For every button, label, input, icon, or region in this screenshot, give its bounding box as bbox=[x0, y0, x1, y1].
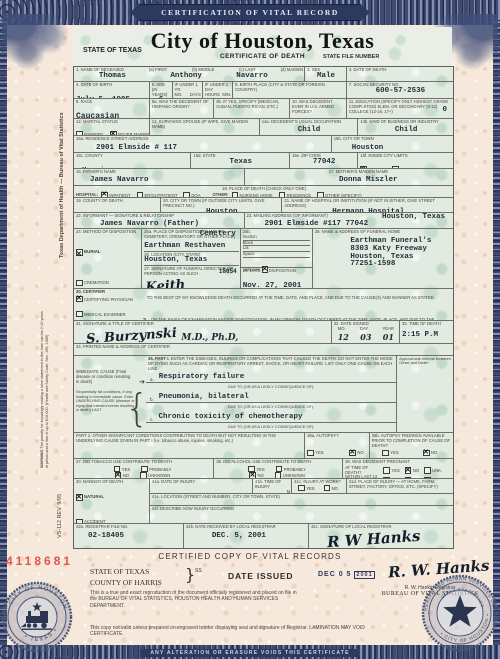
certified-copy-title: CERTIFIED COPY OF VITAL RECORDS bbox=[0, 552, 500, 561]
injury-section: 41a. DATE OF INJURY 41b. TIME OF INJURYM… bbox=[150, 479, 453, 523]
occupation-value: Child bbox=[262, 127, 357, 135]
informant-value: James Navarro (Father) bbox=[100, 221, 243, 228]
form-revision-label: VS-112 REV. 9/95 bbox=[57, 494, 63, 538]
ssn-value: 600-57-2536 bbox=[349, 88, 452, 96]
education-value: 0 bbox=[442, 107, 447, 115]
er-outpatient-checkbox bbox=[137, 192, 144, 197]
field-certifier: 30. CERTIFIER CERTIFYING PHYSICIAN TO TH… bbox=[74, 289, 453, 320]
sex-value: Male bbox=[307, 73, 345, 81]
field-under-one-day: IF UNDER 1 DAY HOURSMIN. bbox=[203, 82, 233, 98]
validity-text: This copy not valid unless prepared on e… bbox=[90, 625, 390, 638]
field-marital-status: 12. MARITAL STATUS MARRIED WIDOWED NEVER… bbox=[74, 119, 150, 135]
certifier-title: M.D., Ph.D, bbox=[181, 333, 238, 343]
pregnant-death-no-checkbox bbox=[405, 467, 412, 474]
father-name-value: James Navarro bbox=[90, 177, 243, 185]
natural-checkbox bbox=[76, 494, 83, 501]
field-informant: 22. INFORMANT — SIGNATURE & RELATIONSHIP… bbox=[74, 213, 245, 228]
immediate-cause-arrow: ➔ bbox=[139, 378, 145, 386]
field-injury-description: 41f. DESCRIBE HOW INJURY OCCURRED bbox=[150, 506, 453, 523]
findings-yes-checkbox bbox=[382, 450, 389, 457]
injury-work-yes-checkbox bbox=[298, 485, 305, 492]
field-inside-city-limits: 15f. INSIDE CITY LIMITS YES NO bbox=[358, 153, 453, 168]
row-residence: 15a. RESIDENCE STREET ADDRESS 2901 Elmsi… bbox=[74, 136, 453, 153]
dept-vertical-text: Texas Department of Health — Bureau of V… bbox=[59, 112, 65, 258]
row-disposition: 24. METHOD OF DISPOSITION BURIAL CREMATI… bbox=[74, 229, 453, 289]
date-of-disposition-value: Nov. 27, 2001 bbox=[243, 282, 302, 288]
row-marital-occupation: 12. MARITAL STATUS MARRIED WIDOWED NEVER… bbox=[74, 119, 453, 136]
field-mother-maiden-name: 17. MOTHER'S MAIDEN NAME Donna Miszler bbox=[245, 169, 453, 185]
date-signed-month: 12 bbox=[338, 332, 349, 342]
interval-column: Approximate Interval Between Onset and D… bbox=[396, 356, 453, 432]
married-checkbox bbox=[76, 131, 83, 135]
field-alcohol: 38. DID ALCOHOL USE CONTRIBUTE TO DEATH … bbox=[214, 459, 343, 478]
row-informant: 22. INFORMANT — SIGNATURE & RELATIONSHIP… bbox=[74, 213, 453, 229]
row-certifier: 30. CERTIFIER CERTIFYING PHYSICIAN TO TH… bbox=[74, 289, 453, 321]
field-sex: 2. SEX Male bbox=[305, 67, 347, 81]
field-autopsy-findings: 36b. AUTOPSY FINDINGS AVAILABLE PRIOR TO… bbox=[370, 433, 453, 458]
autopsy-no-checkbox bbox=[349, 450, 356, 457]
state-county-block: STATE OF TEXAS COUNTY OF HARRIS bbox=[90, 566, 162, 589]
certifier-signature: S. Burzynski bbox=[86, 326, 178, 343]
date-of-birth-value: July 5, 1995 bbox=[76, 96, 130, 98]
pregnant-12mo-no-checkbox bbox=[405, 477, 412, 478]
field-education: 11. EDUCATION (SPECIFY ONLY HIGHEST GRAD… bbox=[347, 99, 453, 118]
part2-label: PART 2. OTHER SIGNIFICANT CONDITIONS CON… bbox=[76, 434, 303, 444]
warning-body: The penalty for knowingly making a false… bbox=[40, 311, 49, 468]
field-hispanic-specify: 9b. IF YES, SPECIFY (MEXICAN, CUBAN, PUE… bbox=[214, 99, 290, 118]
field-place-of-injury: 41d. PLACE OF INJURY — AT HOME, FARM, ST… bbox=[347, 479, 453, 493]
row-birth-info: 4. DATE OF BIRTH July 5, 1995 5. AGE (IN… bbox=[74, 82, 453, 99]
residence-address-value: 2901 Elmside # 117 bbox=[96, 145, 330, 152]
date-signed-day: 03 bbox=[360, 332, 371, 342]
date-issued-stamp: DEC 0 5 2001 bbox=[318, 571, 375, 578]
pregnant-12mo-yes-checkbox bbox=[383, 477, 390, 478]
field-date-received: 42b. DATE RECEIVED BY LOCAL REGISTRAR DE… bbox=[184, 524, 309, 548]
autopsy-yes-checkbox bbox=[307, 450, 314, 457]
injury-work-no-checkbox bbox=[324, 485, 331, 492]
city-of-houston-seal: CITY OF HOUSTON • TEXAS • bbox=[0, 580, 74, 654]
nursing-home-checkbox bbox=[232, 192, 239, 197]
field-manner-of-death: 40. MANNER OF DEATH NATURAL ACCIDENT SUI… bbox=[74, 479, 150, 523]
serial-number: 4118681 bbox=[6, 554, 73, 568]
field-date-of-disposition: 29. DATE OF DISPOSITION Nov. 27, 2001 bbox=[241, 267, 312, 288]
residence-zip-value: 77042 bbox=[292, 159, 356, 167]
date-issued-label: DATE ISSUED bbox=[228, 571, 293, 581]
certification-banner: CERTIFICATION OF VITAL RECORD bbox=[130, 4, 370, 21]
field-city-of-death: 20. CITY OR TOWN (IF OUTSIDE CITY LIMITS… bbox=[161, 198, 282, 212]
field-residence-county: 15c. COUNTY Harris bbox=[74, 153, 191, 168]
warning-title: WARNING bbox=[40, 450, 44, 468]
field-business-industry: 14b. KIND OF BUSINESS OR INDUSTRY Child bbox=[358, 119, 453, 135]
row-registrar: 42a. REGISTRAR FILE NO. 02-18405 42b. DA… bbox=[74, 524, 453, 548]
middle-name-value: Anthony bbox=[149, 73, 224, 81]
field-residence-address: 15a. RESIDENCE STREET ADDRESS 2901 Elmsi… bbox=[74, 136, 332, 152]
ss-label: SS bbox=[195, 568, 202, 574]
attestation-text: This is a true and exact reproduction of… bbox=[90, 590, 300, 609]
cause-left-column: IMMEDIATE CAUSE (Final disease or condit… bbox=[74, 356, 146, 432]
pregnant-12mo-unk-checkbox bbox=[424, 477, 431, 478]
field-pregnant: 39. WAS DECEDENT PREGNANT AT TIME OF DEA… bbox=[343, 459, 453, 478]
row-certifier-signature: 31. SIGNATURE & TITLE OF CERTIFIER S. Bu… bbox=[74, 321, 453, 344]
never-married-checkbox bbox=[110, 131, 117, 135]
time-of-death-value: 2:15 P.M bbox=[402, 332, 452, 340]
inpatient-checkbox bbox=[101, 192, 108, 197]
footer-state: STATE OF TEXAS bbox=[90, 567, 149, 576]
field-time-of-death: 33. TIME OF DEATH 2:15 P.M bbox=[400, 321, 453, 343]
disposition-type-value: Cemetery bbox=[200, 231, 236, 239]
informant-address-line1: Houston, Texas bbox=[382, 214, 445, 222]
field-place-of-disposition: 25a. PLACE OF DISPOSITION (NAME OF CEMET… bbox=[142, 229, 241, 288]
funeral-home-line4: 77251-1598 bbox=[350, 261, 452, 269]
residence-checkbox bbox=[279, 192, 286, 197]
document-header: City of Houston, Texas STATE OF TEXAS CE… bbox=[73, 27, 452, 66]
field-residence-city: 15b. CITY OR TOWN Houston bbox=[332, 136, 453, 152]
registrar-file-no-value: 02-18405 bbox=[88, 533, 182, 541]
row-cause-of-death: IMMEDIATE CAUSE (Final disease or condit… bbox=[74, 356, 453, 433]
pregnant-death-unk-checkbox bbox=[424, 467, 431, 474]
field-hospital-name: 21. NAME OF HOSPITAL OR INSTITUTION (IF … bbox=[282, 198, 453, 212]
medical-examiner-checkbox bbox=[76, 311, 83, 318]
mother-name-value: Donna Miszler bbox=[339, 177, 452, 185]
cemetery-name-value: Earthman Resthaven bbox=[144, 243, 239, 252]
maiden-name-value bbox=[280, 73, 303, 81]
date-issued-year: 2001 bbox=[354, 571, 374, 579]
certifying-physician-checkbox bbox=[76, 296, 83, 303]
first-name-value: Thomas bbox=[76, 73, 149, 81]
field-armed-forces: 10. WAS DECEDENT EVER IN U.S. ARMED FORC… bbox=[290, 99, 347, 118]
warning-vertical-text: WARNING The penalty for knowingly making… bbox=[40, 308, 49, 468]
interval-label: Approximate Interval Between Onset and D… bbox=[399, 357, 452, 366]
field-residence-state: 15d. STATE Texas bbox=[191, 153, 290, 168]
burial-checkbox bbox=[76, 249, 83, 256]
tobacco-no-checkbox bbox=[115, 472, 122, 478]
field-method-of-disposition: 24. METHOD OF DISPOSITION BURIAL CREMATI… bbox=[74, 229, 142, 288]
alcohol-no-checkbox bbox=[249, 472, 256, 478]
row-death-location: 19. COUNTY OF DEATH Harris 20. CITY OR T… bbox=[74, 198, 453, 213]
cause-lines-column: 35. PART I. ENTER THE DISEASES, INJURIES… bbox=[146, 356, 396, 432]
informant-address-line2: 2901 Elmside #117 77042 bbox=[265, 221, 452, 228]
field-date-of-injury: 41a. DATE OF INJURY bbox=[150, 479, 253, 493]
residence-county-value: Harris bbox=[82, 167, 109, 168]
row-race-hispanic-education: 8. RACE Caucasian 9a. WAS THE DECEDENT O… bbox=[74, 99, 453, 119]
field-name-of-deceased: 1. NAME OF DECEASED (a) FIRST (b) MIDDLE… bbox=[74, 67, 305, 81]
cause-b-value: Pneumonia, bilateral bbox=[159, 394, 249, 402]
row-certifier-printed-name: 34. PRINTED NAME & ADDRESS OF CERTIFIER … bbox=[74, 344, 453, 356]
certificate-page: CERTIFICATION OF VITAL RECORD ANY ALTERA… bbox=[0, 0, 500, 659]
field-disposition-plot: 25b. Section Block Lot Space Unknown 29.… bbox=[241, 229, 313, 288]
accident-checkbox bbox=[76, 519, 83, 523]
field-county-of-death: 19. COUNTY OF DEATH Harris bbox=[74, 198, 161, 212]
row-parents: 16. FATHER'S NAME James Navarro 17. MOTH… bbox=[74, 169, 453, 186]
field-date-signed: 32. DATE SIGNED MO. DAY YEAR 12 03 01 bbox=[332, 321, 400, 343]
field-injury-location: 41e. LOCATION (STREET AND NUMBER, CITY O… bbox=[150, 494, 453, 506]
field-ssn: 7. SOCIAL SECURITY NO. 600-57-2536 bbox=[347, 82, 453, 98]
field-birth-place: 6. BIRTH PLACE (CITY & STATE OR FOREIGN … bbox=[233, 82, 347, 98]
date-signed-year: 01 bbox=[383, 332, 394, 342]
physician-statement: TO THE BEST OF MY KNOWLEDGE DEATH OCCURR… bbox=[147, 296, 448, 301]
immediate-cause-label: IMMEDIATE CAUSE (Final disease or condit… bbox=[76, 370, 135, 384]
doa-checkbox bbox=[183, 192, 190, 197]
disposition-location-value: Houston, Texas bbox=[144, 257, 239, 266]
local-registrar-signature: R W Hanks bbox=[326, 527, 420, 548]
cause-c-value: Chronic toxicity of chemotherapy bbox=[159, 414, 303, 422]
field-age: 5. AGE (IN YEARS) 6 bbox=[150, 82, 173, 98]
field-tobacco: 37. DID TOBACCO USE CONTRIBUTE TO DEATH … bbox=[74, 459, 214, 478]
field-part2: PART 2. OTHER SIGNIFICANT CONDITIONS CON… bbox=[74, 433, 305, 458]
certificate-of-death-label: CERTIFICATE OF DEATH bbox=[73, 53, 452, 60]
field-funeral-home: 28. NAME & ADDRESS OF FUNERAL HOME Earth… bbox=[313, 229, 453, 288]
city-of-death-value: Houston bbox=[163, 209, 280, 212]
cause-a-value: Respiratory failure bbox=[159, 374, 245, 382]
ss-brace: } bbox=[185, 565, 195, 584]
other-specify-checkbox bbox=[317, 192, 324, 197]
date-received-value: DEC. 5, 2001 bbox=[212, 533, 307, 541]
tobacco-unknown-checkbox bbox=[140, 472, 147, 478]
row-name-sex-dod: 1. NAME OF DECEASED (a) FIRST (b) MIDDLE… bbox=[74, 67, 453, 82]
field-certifier-signature: 31. SIGNATURE & TITLE OF CERTIFIER S. Bu… bbox=[74, 321, 332, 343]
field-autopsy: 36a. AUTOPSY? YES NO bbox=[305, 433, 369, 458]
industry-value: Child bbox=[360, 127, 452, 135]
examiner-statement: ON THE BASIS OF EXAMINATION AND/OR INVES… bbox=[151, 318, 444, 321]
row-part2-autopsy: PART 2. OTHER SIGNIFICANT CONDITIONS CON… bbox=[74, 433, 453, 459]
last-name-value: Navarro bbox=[224, 73, 281, 81]
age-value: 6 bbox=[152, 97, 171, 98]
field-place-of-death: 18. PLACE OF DEATH (CHECK ONLY ONE) HOSP… bbox=[74, 186, 453, 197]
hospital-name-value: Hermann Hospital bbox=[284, 209, 452, 212]
field-date-of-death: 3. DATE OF DEATH Nov. 19,2001 bbox=[347, 67, 453, 81]
cremation-checkbox bbox=[76, 280, 83, 287]
findings-no-checkbox bbox=[423, 450, 430, 457]
footer-county: COUNTY OF HARRIS bbox=[90, 578, 162, 587]
row-county-state-zip: 15c. COUNTY Harris 15d. STATE Texas 15e.… bbox=[74, 153, 453, 169]
field-informant-mailing-address: 23. MAILING ADDRESS (OF INFORMANT) Houst… bbox=[245, 213, 453, 228]
residence-state-value: Texas bbox=[193, 159, 288, 167]
cause-brace: { bbox=[125, 386, 146, 430]
field-usual-occupation: 14a. DECEDENT'S USUAL OCCUPATION Child bbox=[260, 119, 359, 135]
field-registrar-file-no: 42a. REGISTRAR FILE NO. 02-18405 bbox=[74, 524, 184, 548]
certifier-brace: } bbox=[142, 316, 149, 320]
race-value: Caucasian bbox=[76, 112, 119, 118]
field-surviving-spouse: 13. SURVIVING SPOUSE (IF WIFE, GIVE MAID… bbox=[150, 119, 260, 135]
field-father-name: 16. FATHER'S NAME James Navarro bbox=[74, 169, 245, 185]
row-manner-injury: 40. MANNER OF DEATH NATURAL ACCIDENT SUI… bbox=[74, 479, 453, 524]
inside-city-no-checkbox bbox=[392, 166, 399, 168]
field-hispanic-origin: 9a. WAS THE DECEDENT OF HISPANIC ORIGIN?… bbox=[150, 99, 214, 118]
residence-city-value: Houston bbox=[352, 145, 452, 152]
state-file-number-label: STATE FILE NUMBER bbox=[323, 54, 379, 60]
alcohol-unknown-checkbox bbox=[275, 472, 282, 478]
pregnant-death-yes-checkbox bbox=[383, 467, 390, 474]
row-place-of-death: 18. PLACE OF DEATH (CHECK ONLY ONE) HOSP… bbox=[74, 186, 453, 198]
banner-text: CERTIFICATION OF VITAL RECORD bbox=[161, 8, 339, 17]
field-registrar-signature: 42c. SIGNATURE OF LOCAL REGISTRAR R W Ha… bbox=[309, 524, 453, 548]
inside-city-yes-checkbox bbox=[360, 166, 367, 168]
plot-unknown-checkbox bbox=[262, 266, 269, 273]
field-injury-at-work: 41c. INJURY AT WORK? YES NO bbox=[292, 479, 347, 493]
field-certifier-printed-name: 34. PRINTED NAME & ADDRESS OF CERTIFIER … bbox=[74, 344, 453, 355]
field-under-one-year: IF UNDER 1 YR. MO.DAYS bbox=[173, 82, 203, 98]
row-tobacco-alcohol-pregnant: 37. DID TOBACCO USE CONTRIBUTE TO DEATH … bbox=[74, 459, 453, 479]
death-certificate-form: 1. NAME OF DECEASED (a) FIRST (b) MIDDLE… bbox=[73, 66, 454, 549]
field-date-of-birth: 4. DATE OF BIRTH July 5, 1995 bbox=[74, 82, 150, 98]
field-residence-zip: 15e. ZIP CODE 77042 bbox=[290, 153, 358, 168]
field-race: 8. RACE Caucasian bbox=[74, 99, 150, 118]
health-department-seal: HEALTH AND HUMAN SERVICES DEPARTMENT • C… bbox=[420, 573, 500, 653]
alteration-warning-banner: ANY ALTERATION OR ERASURE VOIDS THIS CER… bbox=[140, 649, 359, 657]
field-time-of-injury: 41b. TIME OF INJURYM bbox=[253, 479, 292, 493]
